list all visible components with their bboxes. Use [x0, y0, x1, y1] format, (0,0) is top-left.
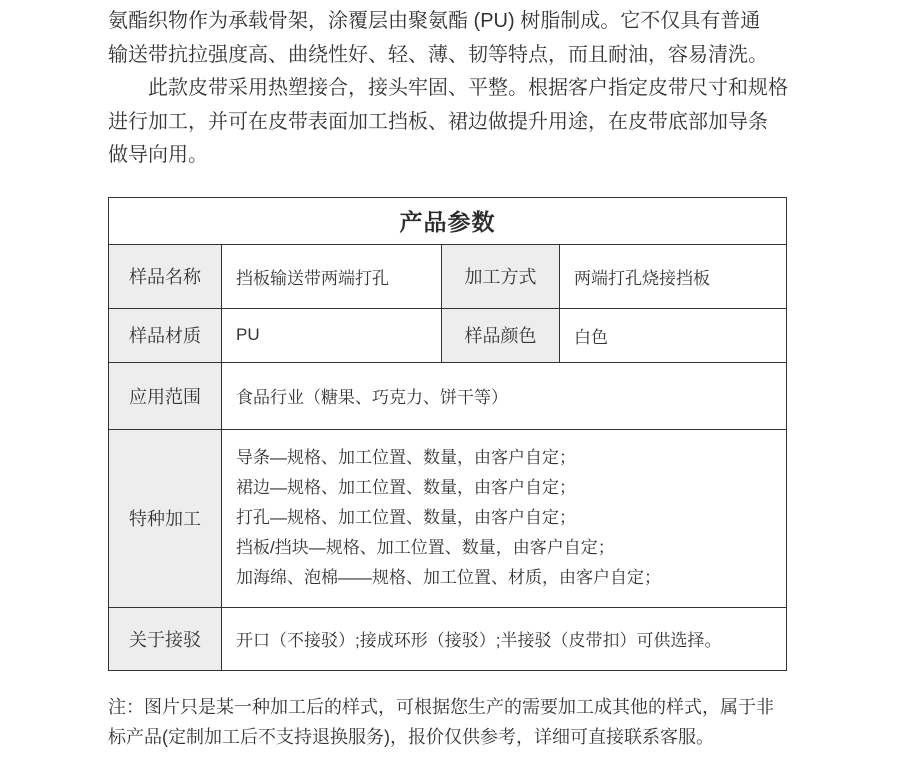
value-sample-color: 白色: [560, 308, 787, 362]
intro-text-line: 做导向用。: [108, 139, 792, 173]
value-sample-material: PU: [222, 308, 442, 362]
intro-text-line: 输送带抗拉强度高、曲绕性好、轻、薄、韧等特点，而且耐油，容易清洗。: [108, 39, 792, 73]
table-row: 特种加工 导条—规格、加工位置、数量，由客户自定； 裙边—规格、加工位置、数量，…: [109, 429, 787, 607]
label-sample-name: 样品名称: [109, 244, 222, 308]
label-special-processing: 特种加工: [109, 429, 222, 607]
intro-paragraph-1: 氨酯织物作为承载骨架，涂覆层由聚氨酯 (PU) 树脂制成。它不仅具有普通 输送带…: [108, 5, 792, 72]
value-special-processing: 导条—规格、加工位置、数量，由客户自定； 裙边—规格、加工位置、数量，由客户自定…: [222, 429, 787, 607]
intro-text-line: 此款皮带采用热塑接合，接头牢固、平整。根据客户指定皮带尺寸和规格: [108, 72, 792, 106]
table-row: 样品名称 挡板输送带两端打孔 加工方式 两端打孔烧接挡板: [109, 244, 787, 308]
value-processing-method: 两端打孔烧接挡板: [560, 244, 787, 308]
value-about-joining: 开口（不接驳）;接成环形（接驳）;半接驳（皮带扣）可供选择。: [222, 607, 787, 670]
label-sample-color: 样品颜色: [442, 308, 560, 362]
table-title-row: 产品参数: [109, 197, 787, 244]
value-sample-name: 挡板输送带两端打孔: [222, 244, 442, 308]
special-processing-line: 打孔—规格、加工位置、数量，由客户自定；: [236, 503, 778, 533]
table-title: 产品参数: [109, 197, 787, 244]
table-row: 关于接驳 开口（不接驳）;接成环形（接驳）;半接驳（皮带扣）可供选择。: [109, 607, 787, 670]
footnote-line: 注：图片只是某一种加工后的样式，可根据您生产的需要加工成其他的样式，属于非: [108, 692, 792, 723]
product-detail-page: 氨酯织物作为承载骨架，涂覆层由聚氨酯 (PU) 树脂制成。它不仅具有普通 输送带…: [108, 0, 792, 753]
special-processing-line: 裙边—规格、加工位置、数量，由客户自定；: [236, 473, 778, 503]
intro-text-line: 进行加工，并可在皮带表面加工挡板、裙边做提升用途，在皮带底部加导条: [108, 106, 792, 140]
intro-section: 氨酯织物作为承载骨架，涂覆层由聚氨酯 (PU) 树脂制成。它不仅具有普通 输送带…: [108, 5, 792, 173]
footnote: 注：图片只是某一种加工后的样式，可根据您生产的需要加工成其他的样式，属于非 标产…: [108, 692, 792, 753]
label-sample-material: 样品材质: [109, 308, 222, 362]
special-processing-line: 加海绵、泡棉——规格、加工位置、材质，由客户自定；: [236, 563, 778, 593]
table-row: 样品材质 PU 样品颜色 白色: [109, 308, 787, 362]
intro-text-line: 氨酯织物作为承载骨架，涂覆层由聚氨酯 (PU) 树脂制成。它不仅具有普通: [108, 5, 792, 39]
table-row: 应用范围 食品行业（糖果、巧克力、饼干等）: [109, 362, 787, 429]
label-application-scope: 应用范围: [109, 362, 222, 429]
special-processing-line: 挡板/挡块—规格、加工位置、数量，由客户自定；: [236, 533, 778, 563]
label-processing-method: 加工方式: [442, 244, 560, 308]
footnote-line: 标产品(定制加工后不支持退换服务)，报价仅供参考，详细可直接联系客服。: [108, 722, 792, 753]
value-application-scope: 食品行业（糖果、巧克力、饼干等）: [222, 362, 787, 429]
intro-paragraph-2: 此款皮带采用热塑接合，接头牢固、平整。根据客户指定皮带尺寸和规格 进行加工，并可…: [108, 72, 792, 173]
special-processing-line: 导条—规格、加工位置、数量，由客户自定；: [236, 443, 778, 473]
product-params-table: 产品参数 样品名称 挡板输送带两端打孔 加工方式 两端打孔烧接挡板 样品材质 P…: [108, 197, 787, 671]
label-about-joining: 关于接驳: [109, 607, 222, 670]
